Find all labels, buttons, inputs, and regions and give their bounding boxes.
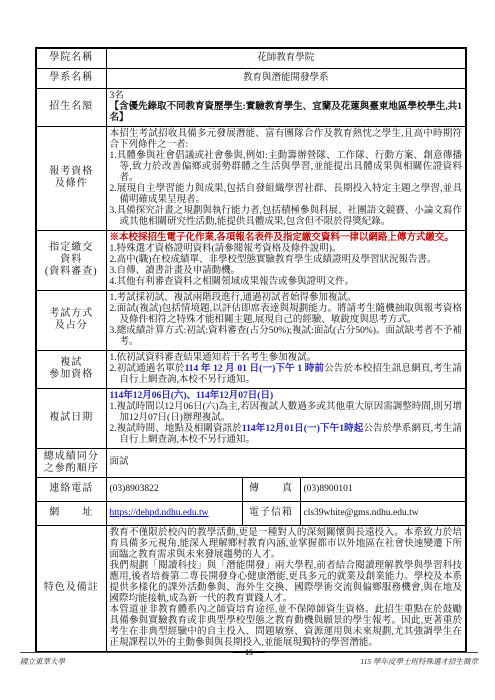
quota-label: 招生名額 [36,88,106,126]
row-exam: 考試方式 及占分 1.考試採初試、複試兩階段進行,通過初試者始得參加複試。 2.… [36,290,466,350]
page-footer: 國立東華大學 15 115 學年度學士班特殊選才招生簡章 [20,652,478,667]
eligibility-item-2: 2.展現自主學習能力與成果,包括自發組織學習社群、長期投入特定主題之學習,並具備… [110,184,463,206]
features-label: 特色及備註 [36,525,106,652]
row-quota: 招生名額 3名 【含優先錄取不同教育資歷學生:實驗教育學生、宜蘭及花蓮與臺東地區… [36,88,466,126]
document-page: 學院名稱 花師教育學院 學系名稱 教育與潛能開發學系 招生名額 3名 【含優先錄… [0,0,495,700]
retest-date-cell: 114年12月06日(六)、114年12月07日(日) 1.複試時間以12月06… [106,388,466,448]
documents-notice: ※本校採招生電子化作業,各項報名表件及指定繳交資料一律以網路上傳方式繳交。 [110,233,463,244]
features-para-3: 本管道並非教育體系內之師資培育途徑,並不保障師資生資格。此招生重點在於鼓勵具備參… [110,605,463,649]
admission-table: 學院名稱 花師教育學院 學系名稱 教育與潛能開發學系 招生名額 3名 【含優先錄… [35,47,467,653]
row-department: 學系名稱 教育與潛能開發學系 [36,68,466,88]
website-url-cell: https://dehpd.ndhu.edu.tw [106,501,242,525]
footer-bulletin-title: 115 學年度學士班特殊選才招生簡章 [265,652,478,667]
retest-qualification-item-1: 1.依初試資料審查結果通知若干名考生參加複試。 [110,353,463,364]
exam-item-1: 1.考試採初試、複試兩階段進行,通過初試者始得參加複試。 [110,293,463,304]
features-cell: 教育不僅限於校內的教學活動,更是一種對人的深刻關懷與長遠投入。本系致力於培育具備… [106,525,466,652]
row-college: 學院名稱 花師教育學院 [36,48,466,68]
documents-cell: ※本校採招生電子化作業,各項報名表件及指定繳交資料一律以網路上傳方式繳交。 1.… [106,230,466,290]
quota-cell: 3名 【含優先錄取不同教育資歷學生:實驗教育學生、宜蘭及花蓮與臺東地區學校學生,… [106,88,466,126]
footer-university: 國立東華大學 [20,652,233,667]
row-tiebreak: 總成績同分 之參酌順序 面試 [36,448,466,477]
retest-date-item-2: 2.複試時間、地點及相關資訊於114年12月01日(一)下午1時起公告於學系網頁… [110,424,463,446]
fax-value: (03)8900101 [300,477,466,501]
footer-page-number: 15 [233,648,265,657]
website-label: 網 址 [36,501,106,525]
exam-cell: 1.考試採初試、複試兩階段進行,通過初試者始得參加複試。 2.面試(複試)包括情… [106,290,466,350]
tiebreak-label: 總成績同分 之參酌順序 [36,448,106,477]
retest-qualification-label: 複試 參加資格 [36,350,106,388]
row-documents: 指定繳交 資料 (資料審查) ※本校採招生電子化作業,各項報名表件及指定繳交資料… [36,230,466,290]
documents-item-1: 1.特殊選才資格證明資料(請參閱報考資格及條件說明)。 [110,244,463,255]
documents-item-3: 3.自傳、讀書計畫及申請動機。 [110,266,463,277]
quota-note: 【含優先錄取不同教育資歷學生:實驗教育學生、宜蘭及花蓮與臺東地區學校學生,共1名… [110,102,463,124]
department-label: 學系名稱 [36,68,106,88]
email-value: cls39white@gms.ndhu.edu.tw [300,501,466,525]
eligibility-item-1: 1.具體參與社會倡議或社會參與,例如:主動籌辦營隊、工作隊、行動方案、創意傳播等… [110,151,463,184]
retest-info-datetime: 114年12月01日(一)下午1時起 [242,424,364,434]
features-para-1: 教育不僅限於校內的教學活動,更是一種對人的深刻關懷與長遠投入。本系致力於培育具備… [110,528,463,561]
retest-date-heading: 114年12月06日(六)、114年12月07日(日) [110,391,463,402]
quota-count: 3名 [110,91,463,102]
email-label: 電子信箱 [242,501,300,525]
phone-label: 連絡電話 [36,477,106,501]
retest-qualification-item-2: 2.初試通過名單於114 年 12 月 01 日(一)下午 1 時前公告於本校招… [110,364,463,386]
exam-item-3: 3.總成績計算方式:初試:資料審查(占分50%);複試:面試(占分50%)。面試… [110,326,463,348]
documents-label: 指定繳交 資料 (資料審查) [36,230,106,290]
college-label: 學院名稱 [36,48,106,68]
documents-item-2: 2.高中(職)在校成績單、非學校型態實驗教育學生成績證明及學習狀況報告書。 [110,255,463,266]
eligibility-label: 報考資格 及條件 [36,126,106,230]
department-value: 教育與潛能開發學系 [106,68,466,88]
website-link[interactable]: https://dehpd.ndhu.edu.tw [110,508,209,518]
retest-date-label: 複試日期 [36,388,106,448]
row-retest-date: 複試日期 114年12月06日(六)、114年12月07日(日) 1.複試時間以… [36,388,466,448]
row-eligibility: 報考資格 及條件 本招生考試招收具備多元發展潛能、富有團隊合作及教育熱忱之學生,… [36,126,466,230]
features-para-2: 我們規劃「閱讀科技」與「潛能開發」兩大學程,前者結合閱讀理解教學與學習科技應用,… [110,561,463,605]
college-value: 花師教育學院 [106,48,466,68]
retest-qualification-cell: 1.依初試資料審查結果通知若干名考生參加複試。 2.初試通過名單於114 年 1… [106,350,466,388]
eligibility-cell: 本招生考試招收具備多元發展潛能、富有團隊合作及教育熱忱之學生,且高中時期符合下列… [106,126,466,230]
row-website: 網 址 https://dehpd.ndhu.edu.tw 電子信箱 cls39… [36,501,466,525]
exam-label: 考試方式 及占分 [36,290,106,350]
row-retest-qualification: 複試 參加資格 1.依初試資料審查結果通知若干名考生參加複試。 2.初試通過名單… [36,350,466,388]
eligibility-item-3: 3.具備探究計畫之規劃與執行能力者,包括積極參與科展、社團語文競賽、小論文寫作或… [110,206,463,228]
exam-item-2: 2.面試(複試)包括情境題,以評估即席表達與規劃能力。將請考生隨機抽取與報考資格… [110,304,463,326]
row-phone: 連絡電話 (03)8903822 傳 真 (03)8900101 [36,477,466,501]
row-features: 特色及備註 教育不僅限於校內的教學活動,更是一種對人的深刻關懷與長遠投入。本系致… [36,525,466,652]
retest-date-item-1: 1.複試時間以12月06日(六)為主,若因複試人數過多或其他重大原因需調整時間,… [110,402,463,424]
eligibility-intro: 本招生考試招收具備多元發展潛能、富有團隊合作及教育熱忱之學生,且高中時期符合下列… [110,129,463,151]
retest-announce-datetime: 114 年 12 月 01 日(一)下午 1 時前 [185,364,325,374]
fax-label: 傳 真 [242,477,300,501]
tiebreak-value: 面試 [106,448,466,477]
phone-value: (03)8903822 [106,477,242,501]
documents-item-4: 4.其他有利審查資料之相關領域成果報告或參與證明文件。 [110,277,463,288]
